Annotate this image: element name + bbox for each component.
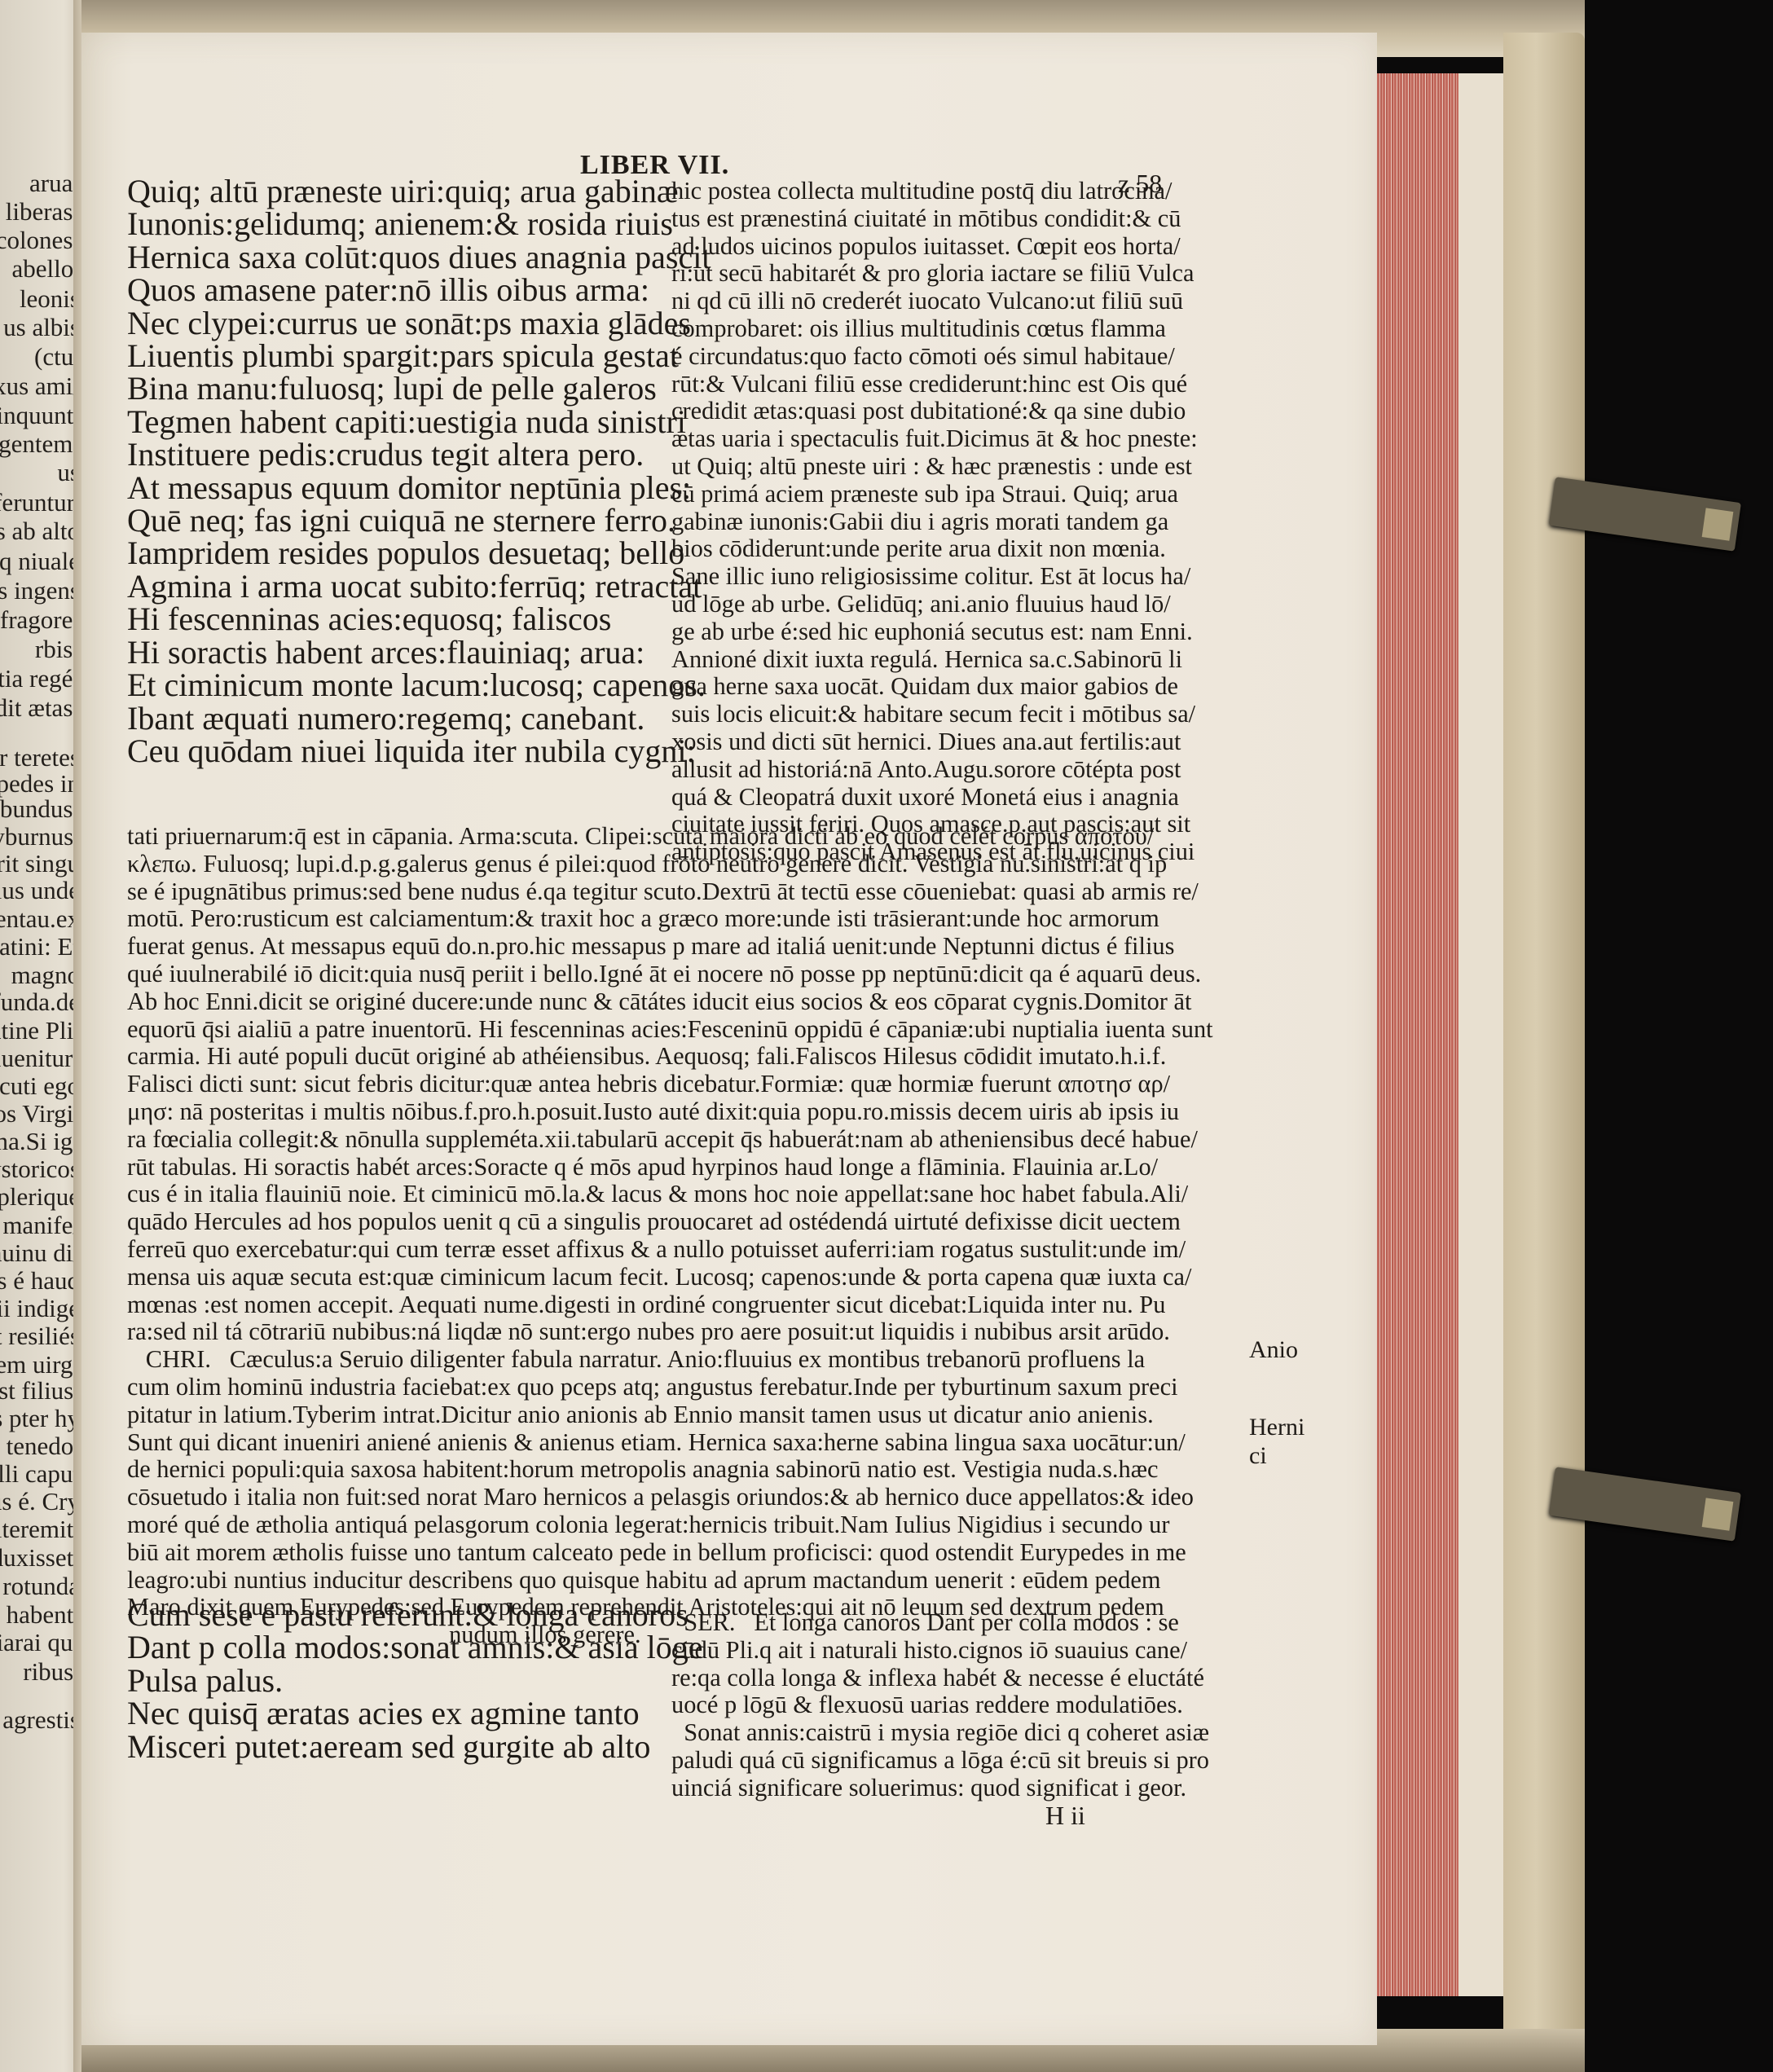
commentary-full-width: tati priuernarum:q̄ est in cāpania. Arma… bbox=[127, 823, 1211, 1649]
commentary-line: Sunt qui dicant inueniri aniené anienis … bbox=[127, 1429, 1211, 1457]
left-page-fragment: liberas: bbox=[6, 198, 80, 226]
left-page-fragment: funda.de bbox=[0, 988, 80, 1016]
commentary-line: cus é in italia flauiniū noie. Et cimini… bbox=[127, 1181, 1211, 1208]
signature-mark: H ii bbox=[1045, 1801, 1085, 1831]
commentary-line: ra:sed nil tá cōtrariū nubibus:ná liqdæ … bbox=[127, 1318, 1211, 1346]
left-page-fragment: & dii indige bbox=[0, 1295, 80, 1322]
left-page-fragment: hystoricos bbox=[0, 1155, 80, 1183]
commentary-line: tus est prænestiná ciuitaté in mōtibus c… bbox=[671, 205, 1209, 233]
left-page-fragment: inia tenedo. bbox=[0, 1432, 80, 1460]
left-page-fragment: colones: bbox=[0, 227, 80, 254]
left-page-fragment: lidit ætas: bbox=[0, 694, 80, 722]
commentary-line: equorū q̄si aialiū a patre inuentorū. Hi… bbox=[127, 1016, 1211, 1044]
left-page-fragment: re manife/ bbox=[0, 1212, 80, 1239]
left-page-fragment: quem uirgi bbox=[0, 1351, 80, 1379]
verse-line: At messapus equum domitor neptūnia ples: bbox=[127, 472, 649, 504]
left-page-fragment: q niualé bbox=[0, 548, 80, 575]
commentary-line: ut Quiq; altū pneste uiri : & hæc prænes… bbox=[671, 453, 1209, 481]
commentary-line: gua herne saxa uocāt. Quidam dux maior g… bbox=[671, 673, 1209, 701]
verse-line: Ceu quōdam niuei liquida iter nubila cyg… bbox=[127, 735, 649, 768]
verse-line: Hernica saxa colūt:quos diues anagnia pa… bbox=[127, 241, 649, 274]
verse-line: Cum sese e pastu referunt:& longa canoro… bbox=[127, 1599, 649, 1631]
verse-line: Instituere pedis:crudus tegit altera per… bbox=[127, 438, 649, 471]
left-page-fragment: onis pter hy bbox=[0, 1405, 80, 1432]
left-page-fragment: atine Pli. bbox=[0, 1017, 80, 1045]
left-page-fragment: oma.Si igi bbox=[0, 1128, 80, 1155]
commentary-line: motū. Pero:rusticum est calciamentum:& t… bbox=[127, 905, 1211, 933]
commentary-line: leagro:ubi nuntius inducitur describens … bbox=[127, 1567, 1211, 1595]
commentary-line: uinciá significare soluerimus: quod sign… bbox=[671, 1775, 1209, 1802]
left-page-fragment: abello. bbox=[12, 255, 81, 283]
commentary-line: Falisci dicti sunt: sicut febris dicitur… bbox=[127, 1071, 1211, 1098]
left-page-fragment: em habent. bbox=[0, 1601, 80, 1629]
verse-line: Nec clypei:currus ue sonāt:ps maxia glād… bbox=[127, 307, 649, 340]
verse-line: Quiq; altū præneste uiri:quiq; arua gabi… bbox=[127, 175, 649, 208]
verse-line: Misceri putet:aeream sed gurgite ab alto bbox=[127, 1731, 649, 1763]
commentary-line: rūt:& Vulcani filiū esse crediderunt:hin… bbox=[671, 371, 1209, 398]
margin-note: Anio bbox=[1249, 1336, 1298, 1364]
verse-line: Pulsa palus. bbox=[127, 1665, 649, 1697]
left-page-fragment: inquunt. bbox=[0, 402, 80, 429]
commentary-line: xosis und dicti sūt hernici. Diues ana.a… bbox=[671, 728, 1209, 756]
commentary-line: SER. Et longa canoros Dant per colla mod… bbox=[671, 1609, 1209, 1637]
left-page-fragment: atus é. Cry bbox=[0, 1488, 80, 1516]
left-page-fragment: q rotunda bbox=[0, 1573, 80, 1600]
commentary-line: ni qd cū illi nō crederét iuocato Vulcan… bbox=[671, 288, 1209, 315]
left-page-fragment: tus est filius. bbox=[0, 1377, 80, 1405]
verse-line: Et ciminicum monte lacum:lucosq; capenos… bbox=[127, 669, 649, 702]
commentary-line: paludi quá cū significamus a lōga é:cū s… bbox=[671, 1747, 1209, 1775]
commentary-line: credidit ætas:quasi post dubitationé:& q… bbox=[671, 398, 1209, 425]
commentary-line: ri:ut secū habitarét & pro gloria iactar… bbox=[671, 260, 1209, 288]
commentary-line: cū primá aciem præneste sub ipa Straui. … bbox=[671, 481, 1209, 508]
commentary-line: cum olim hominū industria faciebat:ex qu… bbox=[127, 1374, 1211, 1401]
left-page-fragment: deret resiliés bbox=[0, 1322, 80, 1350]
left-page-fragment: latini: Et bbox=[0, 933, 80, 961]
left-page-fragment: Tyburnus. bbox=[0, 823, 80, 851]
commentary-line: ad ludos uicinos populos iuitasset. Cœpi… bbox=[671, 233, 1209, 261]
commentary-line: é circundatus:quo facto cōmoti oés simul… bbox=[671, 343, 1209, 371]
verse-line: Iampridem resides populos desuetaq; bell… bbox=[127, 537, 649, 570]
commentary-line: hic postea collecta multitudine postq̄ d… bbox=[671, 178, 1209, 205]
commentary-line: pitatur in latium.Tyberim intrat.Dicitur… bbox=[127, 1401, 1211, 1429]
commentary-line: quá & Cleopatrá duxit uxoré Monetá eius … bbox=[671, 784, 1209, 812]
commentary-line: gabinæ iunonis:Gabii diu i agris morati … bbox=[671, 508, 1209, 536]
commentary-line: de hernici populi:quia saxosa habitent:h… bbox=[127, 1456, 1211, 1484]
left-page-fragment: xus ami/ bbox=[0, 372, 80, 400]
commentary-line: ra fœcialia collegit:& nōnulla supplemét… bbox=[127, 1126, 1211, 1154]
left-page-fragment: tillus unde bbox=[0, 877, 80, 904]
left-page-fragment: per pedes in bbox=[0, 770, 80, 798]
left-page-fragment: estia regé: bbox=[0, 665, 80, 693]
left-page-fragment: leonis bbox=[20, 285, 80, 313]
left-page-fragment: cerit singu bbox=[0, 850, 80, 878]
verse-line: Iunonis:gelidumq; anienem:& rosida riuis bbox=[127, 208, 649, 240]
verse-line: Quos amasene pater:nō illis oibus arma: bbox=[127, 274, 649, 306]
verse-line: Liuentis plumbi spargit:pars spicula ges… bbox=[127, 340, 649, 372]
commentary-line: cūdū Pli.q ait i naturali histo.cignos i… bbox=[671, 1637, 1209, 1665]
left-page-fragment: es iteremit. bbox=[0, 1516, 80, 1543]
verse-block-top: Quiq; altū præneste uiri:quiq; arua gabi… bbox=[127, 175, 649, 768]
commentary-line: uocé p lōgū & flexuosū uarias reddere mo… bbox=[671, 1691, 1209, 1719]
commentary-line: suis locis elicuit:& habitare secum feci… bbox=[671, 701, 1209, 728]
left-page-fragment: uos Virgi. bbox=[0, 1100, 80, 1128]
commentary-line: moré qué de ætholia antiquá pelasgorum c… bbox=[127, 1511, 1211, 1539]
left-page-fragment: cu illi caput bbox=[0, 1460, 80, 1488]
left-page-fragment: ribus. bbox=[23, 1658, 80, 1686]
left-page-fragment: feruntur. bbox=[0, 489, 80, 517]
commentary-line: Sane illic iuno religiosissime colitur. … bbox=[671, 563, 1209, 591]
clasp-catch bbox=[1702, 508, 1734, 540]
left-page-fragment: nebundus: bbox=[0, 795, 80, 823]
clasp-catch bbox=[1702, 1498, 1734, 1530]
red-fore-edge bbox=[1377, 73, 1458, 1996]
margin-note: ci bbox=[1249, 1442, 1267, 1470]
left-page-fragment: iuenitur: bbox=[0, 1045, 80, 1072]
left-page-fragment: arua: bbox=[29, 169, 80, 197]
verse-line: Hi soractis habent arces:flauiniaq; arua… bbox=[127, 636, 649, 669]
left-page-fragment: r agrestis bbox=[0, 1706, 80, 1734]
left-page-fragment: us ingens bbox=[0, 577, 80, 605]
commentary-line: κλεπω. Fuluosq; lupi.d.p.g.galerus genus… bbox=[127, 851, 1211, 878]
commentary-line: quādo Hercules ad hos populos uenit q cū… bbox=[127, 1208, 1211, 1236]
commentary-right-bottom: SER. Et longa canoros Dant per colla mod… bbox=[671, 1609, 1209, 1802]
verse-line: Hi fescenninas acies:equosq; faliscos bbox=[127, 603, 649, 636]
commentary-line: mensa uis aquæ secuta est:quæ ciminicum … bbox=[127, 1264, 1211, 1291]
commentary-line: rūt tabulas. Hi soractis habét arces:Sor… bbox=[127, 1154, 1211, 1181]
commentary-line: ud lōge ab urbe. Gelidūq; ani.anio fluui… bbox=[671, 591, 1209, 618]
left-page-fragment: t per teretes bbox=[0, 744, 80, 772]
left-page-fragment: us albis bbox=[3, 314, 80, 341]
commentary-line: comprobaret: ois illius multitudinis cœt… bbox=[671, 315, 1209, 343]
vellum-binding-board bbox=[1503, 33, 1585, 2053]
commentary-line: bios cōdiderunt:unde perite arua dixit n… bbox=[671, 535, 1209, 563]
commentary-line: qué iuulnerabilé iō dicit:quia nusq̄ per… bbox=[127, 961, 1211, 988]
left-page-fragment: sicuti ego bbox=[0, 1072, 80, 1100]
commentary-line: ge ab urbe é:sed hic euphoniá secutus es… bbox=[671, 618, 1209, 646]
commentary-line: fuerat genus. At messapus equū do.n.pro.… bbox=[127, 933, 1211, 961]
left-page-fragment: é: & plerique bbox=[0, 1183, 80, 1211]
fore-edge-margin bbox=[1458, 73, 1503, 1996]
commentary-line: μησ: nā posteritas i multis nōibus.f.pro… bbox=[127, 1098, 1211, 1126]
commentary-line: biū ait morem ætholis fuisse uno tantum … bbox=[127, 1539, 1211, 1567]
commentary-line: Ab hoc Enni.dicit se originé ducere:unde… bbox=[127, 988, 1211, 1016]
verse-line: Tegmen habent capiti:uestigia nuda sinis… bbox=[127, 406, 649, 438]
left-page-fragment: ocus é haud bbox=[0, 1267, 80, 1295]
commentary-line: tati priuernarum:q̄ est in cāpania. Arma… bbox=[127, 823, 1211, 851]
commentary-line: mœnas :est nomen accepit. Aequati nume.d… bbox=[127, 1291, 1211, 1319]
commentary-line: Sonat annis:caistrū i mysia regiōe dici … bbox=[671, 1719, 1209, 1747]
commentary-line: ætas uaria i spectaculis fuit.Dicimus āt… bbox=[671, 425, 1209, 453]
left-page-fragment: abduxisset. bbox=[0, 1544, 80, 1572]
verse-line: Quē neq; fas igni cuiquā ne sternere fer… bbox=[127, 504, 649, 537]
commentary-line: Annioné dixit iuxta regulá. Hernica sa.c… bbox=[671, 646, 1209, 674]
commentary-line: ferreū quo exercebatur:qui cum terræ ess… bbox=[127, 1236, 1211, 1264]
verse-line: Ibant æquati numero:regemq; canebant. bbox=[127, 702, 649, 735]
commentary-right-column: hic postea collecta multitudine postq̄ d… bbox=[671, 178, 1209, 866]
commentary-line: CHRI. Cæculus:a Seruio diligenter fabula… bbox=[127, 1346, 1211, 1374]
left-page-fragment: magno bbox=[11, 961, 80, 989]
commentary-line: re:qa colla longa & inflexa habét & nece… bbox=[671, 1665, 1209, 1692]
verse-line: Nec quisq̄ æratas acies ex agmine tanto bbox=[127, 1697, 649, 1730]
margin-note: Herni bbox=[1249, 1414, 1304, 1441]
commentary-line: cōsuetudo i italia non fuit:sed norat Ma… bbox=[127, 1484, 1211, 1511]
verse-line: Agmina i arma uocat subito:ferrūq; retra… bbox=[127, 570, 649, 603]
left-page-fragment: gentem: bbox=[0, 430, 80, 458]
commentary-line: carmia. Hi auté populi ducūt originé ab … bbox=[127, 1043, 1211, 1071]
verse-line: Dant p colla modos:sonat amnis:& asia lō… bbox=[127, 1631, 649, 1664]
commentary-line: allusit ad historiá:nā Anto.Augu.sorore … bbox=[671, 756, 1209, 784]
verse-line: Bina manu:fuluosq; lupi de pelle galeros bbox=[127, 372, 649, 405]
commentary-line: se é ipugnātibus primus:sed bene nudus é… bbox=[127, 878, 1211, 906]
left-page-fragment: is ab alto bbox=[0, 517, 80, 545]
left-page-fragment: centau.ex bbox=[0, 905, 80, 933]
verse-block-bottom: Cum sese e pastu referunt:& longa canoro… bbox=[127, 1599, 649, 1763]
left-page-fragment: t lauinu di/ bbox=[0, 1239, 80, 1267]
left-page-fragment: phiarai qui bbox=[0, 1629, 80, 1656]
left-page-fragment: ta fragore: bbox=[0, 606, 80, 634]
